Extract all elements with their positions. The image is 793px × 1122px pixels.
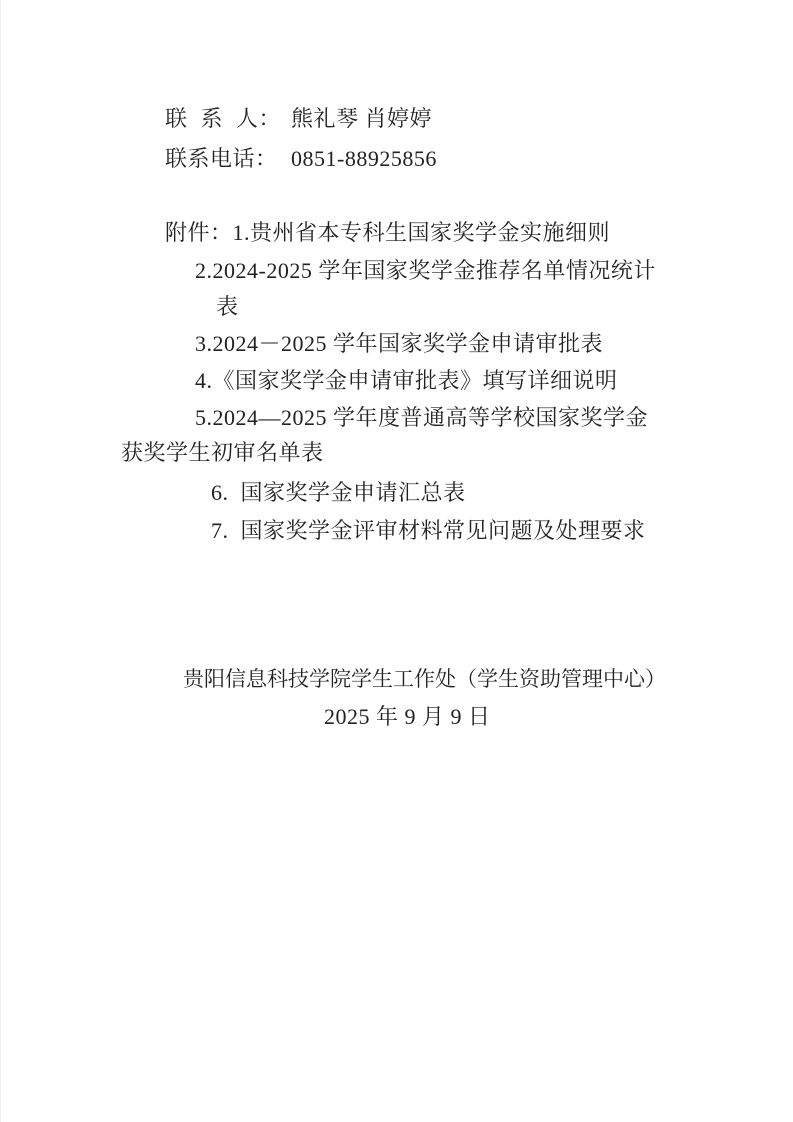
attachment-item-7: 7. 国家奖学金评审材料常见问题及处理要求: [211, 518, 646, 544]
contact-phone-label: 联系电话：: [165, 146, 278, 172]
attachment-item-6: 6. 国家奖学金申请汇总表: [211, 480, 466, 506]
contact-phone-value: 0851-88925856: [291, 146, 437, 172]
attachment-item-3: 3.2024－2025 学年国家奖学金申请审批表: [195, 331, 603, 357]
attachment-item-2-line-2: 表: [216, 294, 239, 320]
contact-person-value: 熊礼琴 肖婷婷: [291, 106, 432, 132]
attachments-heading-item-1: 附件：1.贵州省本专科生国家奖学金实施细则: [165, 220, 610, 246]
document-page: 联 系 人： 熊礼琴 肖婷婷 联系电话： 0851-88925856 附件：1.…: [0, 0, 793, 1122]
attachment-item-5-line-1: 5.2024—2025 学年度普通高等学校国家奖学金: [195, 405, 648, 431]
attachment-item-2-line-1: 2.2024-2025 学年国家奖学金推荐名单情况统计: [195, 258, 656, 284]
attachment-item-5-line-2: 获奖学生初审名单表: [121, 440, 324, 466]
attachment-item-4: 4.《国家奖学金申请审批表》填写详细说明: [195, 368, 618, 394]
signature-date: 2025 年 9 月 9 日: [324, 704, 491, 730]
contact-person-label: 联 系 人：: [165, 106, 281, 132]
signature-organization: 贵阳信息科技学院学生工作处（学生资助管理中心）: [183, 666, 666, 692]
